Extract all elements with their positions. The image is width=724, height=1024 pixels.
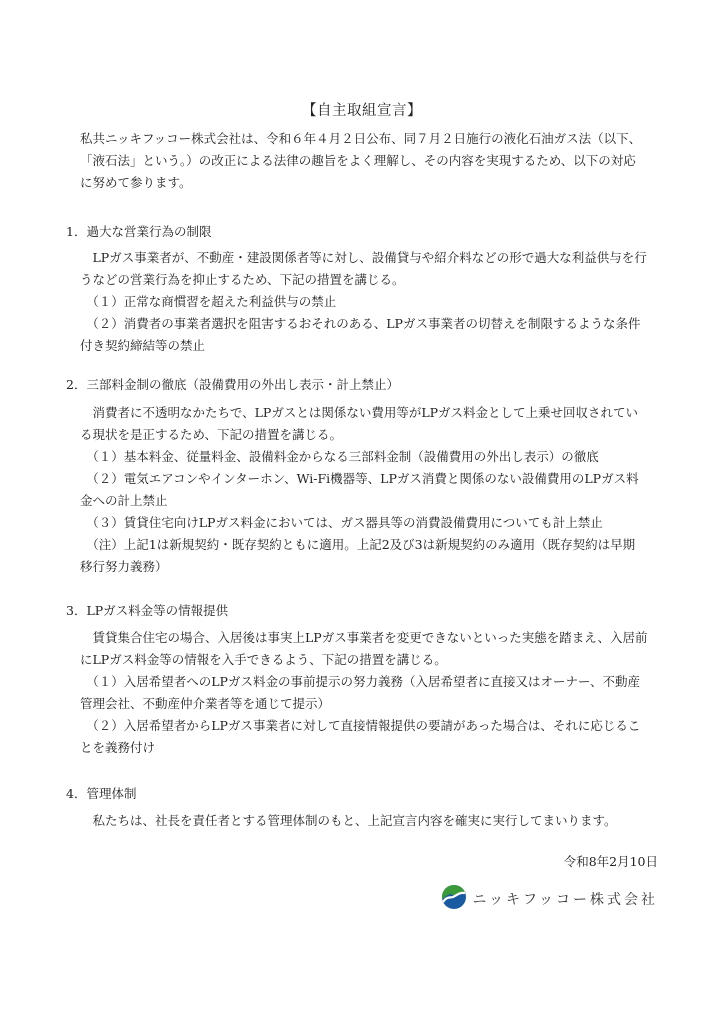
section-4-body: 私たちは、社長を責任者とする管理体制のもと、上記宣言内容を確実に実行してまいりま… — [80, 810, 640, 832]
section-line: 付き契約締結等の禁止 — [80, 335, 640, 357]
section-line: （２）電気エアコンやインターホン、Wi-Fi機器等、LPガス消費と関係のない設備… — [80, 468, 640, 490]
section-2-body: 消費者に不透明なかたちで、LPガスとは関係ない費用等がLPガス料金として上乗せ回… — [80, 402, 640, 578]
section-line: （３）賃貸住宅向けLPガス料金においては、ガス器具等の消費設備費用についても計上… — [80, 512, 640, 534]
section-line: 管理会社、不動産仲介業者等を通じて提示） — [80, 693, 640, 715]
section-line: 金への計上禁止 — [80, 490, 640, 512]
intro-line: に努めて参ります。 — [80, 172, 642, 194]
section-line: （２）入居希望者からLPガス事業者に対して直接情報提供の要請があった場合は、それ… — [80, 715, 640, 737]
section-line: とを義務付け — [80, 737, 640, 759]
document-date: 令和8年2月10日 — [564, 852, 658, 870]
section-line: 私たちは、社長を責任者とする管理体制のもと、上記宣言内容を確実に実行してまいりま… — [80, 810, 640, 832]
section-line: にLPガス料金等の情報を入手できるよう、下記の措置を講じる。 — [80, 649, 640, 671]
intro-paragraph: 私共ニッキフッコー株式会社は、令和６年４月２日公布、同７月２日施行の液化石油ガス… — [80, 128, 642, 194]
section-1-body: LPガス事業者が、不動産・建設関係者等に対し、設備貸与や紹介料などの形で過大な利… — [80, 247, 640, 357]
section-line: （２）消費者の事業者選択を阻害するおそれのある、LPガス事業者の切替えを制限する… — [80, 313, 640, 335]
section-line: うなどの営業行為を抑止するため、下記の措置を講じる。 — [80, 269, 640, 291]
page-title: 【自主取組宣言】 — [0, 99, 724, 120]
section-line: 移行努力義務） — [80, 556, 640, 578]
section-3-body: 賃貸集合住宅の場合、入居後は事実上LPガス事業者を変更できないといった実態を踏ま… — [80, 627, 640, 759]
section-line: LPガス事業者が、不動産・建設関係者等に対し、設備貸与や紹介料などの形で過大な利… — [80, 247, 640, 269]
section-line: （注）上記1は新規契約・既存契約ともに適用。上記2及び3は新規契約のみ適用（既存… — [80, 534, 640, 556]
section-line: （１）正常な商慣習を超えた利益供与の禁止 — [80, 291, 640, 313]
section-line: 消費者に不透明なかたちで、LPガスとは関係ない費用等がLPガス料金として上乗せ回… — [80, 402, 640, 424]
section-3-heading: 3．LPガス料金等の情報提供 — [66, 600, 228, 622]
section-2-heading: 2．三部料金制の徹底（設備費用の外出し表示・計上禁止） — [66, 374, 399, 396]
intro-line: 私共ニッキフッコー株式会社は、令和６年４月２日公布、同７月２日施行の液化石油ガス… — [80, 128, 642, 150]
section-4-heading: 4．管理体制 — [66, 783, 136, 805]
section-line: （１）基本料金、従量料金、設備料金からなる三部料金制（設備費用の外出し表示）の徹… — [80, 446, 640, 468]
section-line: （１）入居希望者へのLPガス料金の事前提示の努力義務（入居希望者に直接又はオーナ… — [80, 671, 640, 693]
company-name: ニッキフッコー株式会社 — [473, 889, 658, 909]
section-line: 賃貸集合住宅の場合、入居後は事実上LPガス事業者を変更できないといった実態を踏ま… — [80, 627, 640, 649]
company-signature: ニッキフッコー株式会社 — [441, 884, 658, 913]
section-line: る現状を是正するため、下記の措置を講じる。 — [80, 424, 640, 446]
section-1-heading: 1．過大な営業行為の制限 — [66, 221, 211, 243]
document-page: 【自主取組宣言】 私共ニッキフッコー株式会社は、令和６年４月２日公布、同７月２日… — [0, 0, 724, 1024]
intro-line: 「液石法」という。）の改正による法律の趣旨をよく理解し、その内容を実現するため、… — [80, 150, 642, 172]
company-logo-icon — [441, 884, 467, 913]
